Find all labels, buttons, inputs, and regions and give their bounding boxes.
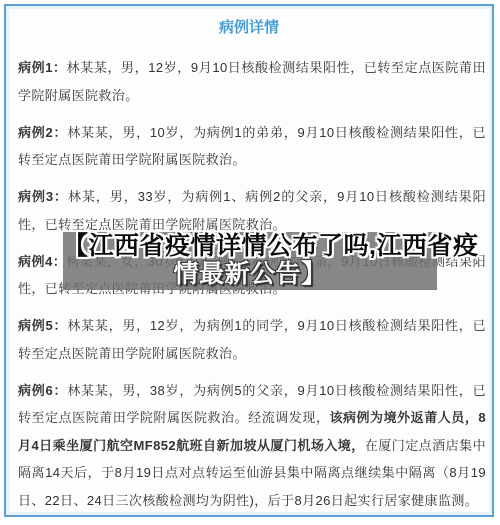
case-paragraph: 病例1：林某某，男，12岁，9月10日核酸检测结果阳性，已转至定点医院莆田学院附… — [18, 54, 486, 109]
case-label: 病例3： — [18, 189, 68, 204]
case-label: 病例5： — [18, 318, 67, 333]
case-text: 林某，男，33岁，为病例1、病例2的父亲，9月10日核酸检测结果阳性，已转至定点… — [18, 189, 486, 232]
case-label: 病例6： — [18, 383, 67, 398]
watermark-title-banner: 【江西省疫情详情公布了吗,江西省疫 情最新公告】 — [63, 232, 437, 290]
case-paragraph: 病例3：林某，男，33岁，为病例1、病例2的父亲，9月10日核酸检测结果阳性，已… — [18, 183, 486, 238]
case-text: 林某某，男，10岁，为病例1的弟弟，9月10日核酸检测结果阳性，已转至定点医院莆… — [18, 125, 486, 168]
watermark-title-line-1: 【江西省疫情详情公布了吗,江西省疫 — [63, 233, 437, 261]
case-paragraph: 病例6：林某某，男，38岁，为病例5的父亲，9月10日核酸检测结果阳性，已转至定… — [18, 377, 486, 515]
panel-title: 病例详情 — [6, 19, 492, 37]
case-text: 林某某，男，12岁，9月10日核酸检测结果阳性，已转至定点医院莆田学院附属医院救… — [18, 60, 486, 103]
case-label: 病例1： — [18, 60, 67, 75]
case-label: 病例4： — [18, 254, 66, 269]
case-paragraph: 病例2：林某某，男，10岁，为病例1的弟弟，9月10日核酸检测结果阳性，已转至定… — [18, 119, 486, 174]
case-paragraph: 病例5：林某某，男，12岁，为病例1的同学，9月10日核酸检测结果阳性，已转至定… — [18, 312, 486, 367]
case-label: 病例2： — [18, 125, 67, 140]
watermark-title-line-2: 情最新公告】 — [63, 261, 437, 289]
case-text: 林某某，男，12岁，为病例1的同学，9月10日核酸检测结果阳性，已转至定点医院莆… — [18, 318, 486, 361]
